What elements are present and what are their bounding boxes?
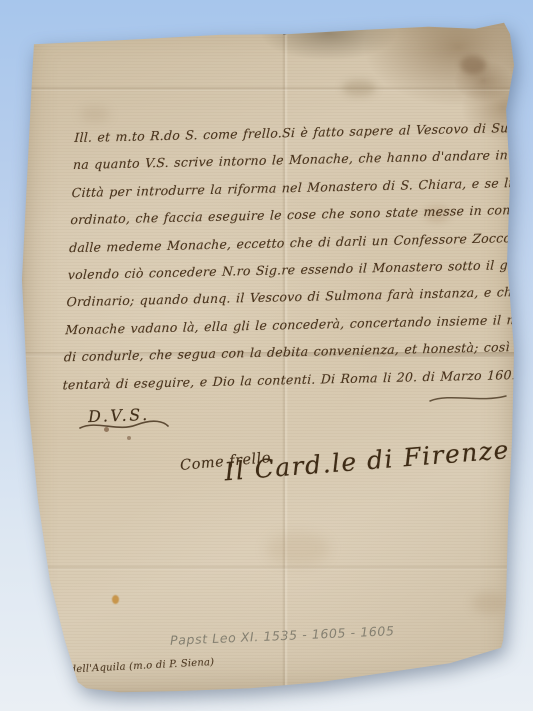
stain	[80, 106, 110, 122]
date-underline-flourish	[428, 392, 508, 404]
wax-spot	[112, 595, 119, 604]
stain	[472, 592, 506, 614]
ink-annotation: al Vesc.o dell'Aquila (m.o di P. Siena)	[20, 657, 215, 678]
pencil-page-number: 59	[281, 25, 295, 38]
fold-crease-bottom	[20, 565, 518, 570]
ink-spot	[127, 436, 131, 440]
stain	[460, 56, 486, 74]
pencil-annotation: Papst Leo XI. 1535 - 1605 - 1605	[170, 623, 395, 648]
stain	[342, 80, 376, 96]
fold-crease-top	[20, 86, 518, 91]
letter-text-block: Ill. et m.to R.do S. come frello. Si è f…	[62, 114, 512, 398]
ink-spot	[104, 427, 109, 432]
letter-valediction: D.V.S.	[88, 405, 150, 426]
manuscript-paper: 59 Ill. et m.to R.do S. come frello. Si …	[20, 20, 518, 695]
letter-photograph: 59 Ill. et m.to R.do S. come frello. Si …	[0, 0, 533, 711]
letter-body: na quanto V.S. scrive intorno le Monache…	[62, 142, 511, 399]
cardinal-signature: Il Card.le di Firenze	[223, 435, 516, 487]
manuscript-paper-shadow: 59 Ill. et m.to R.do S. come frello. Si …	[20, 20, 518, 695]
stain	[266, 532, 330, 566]
